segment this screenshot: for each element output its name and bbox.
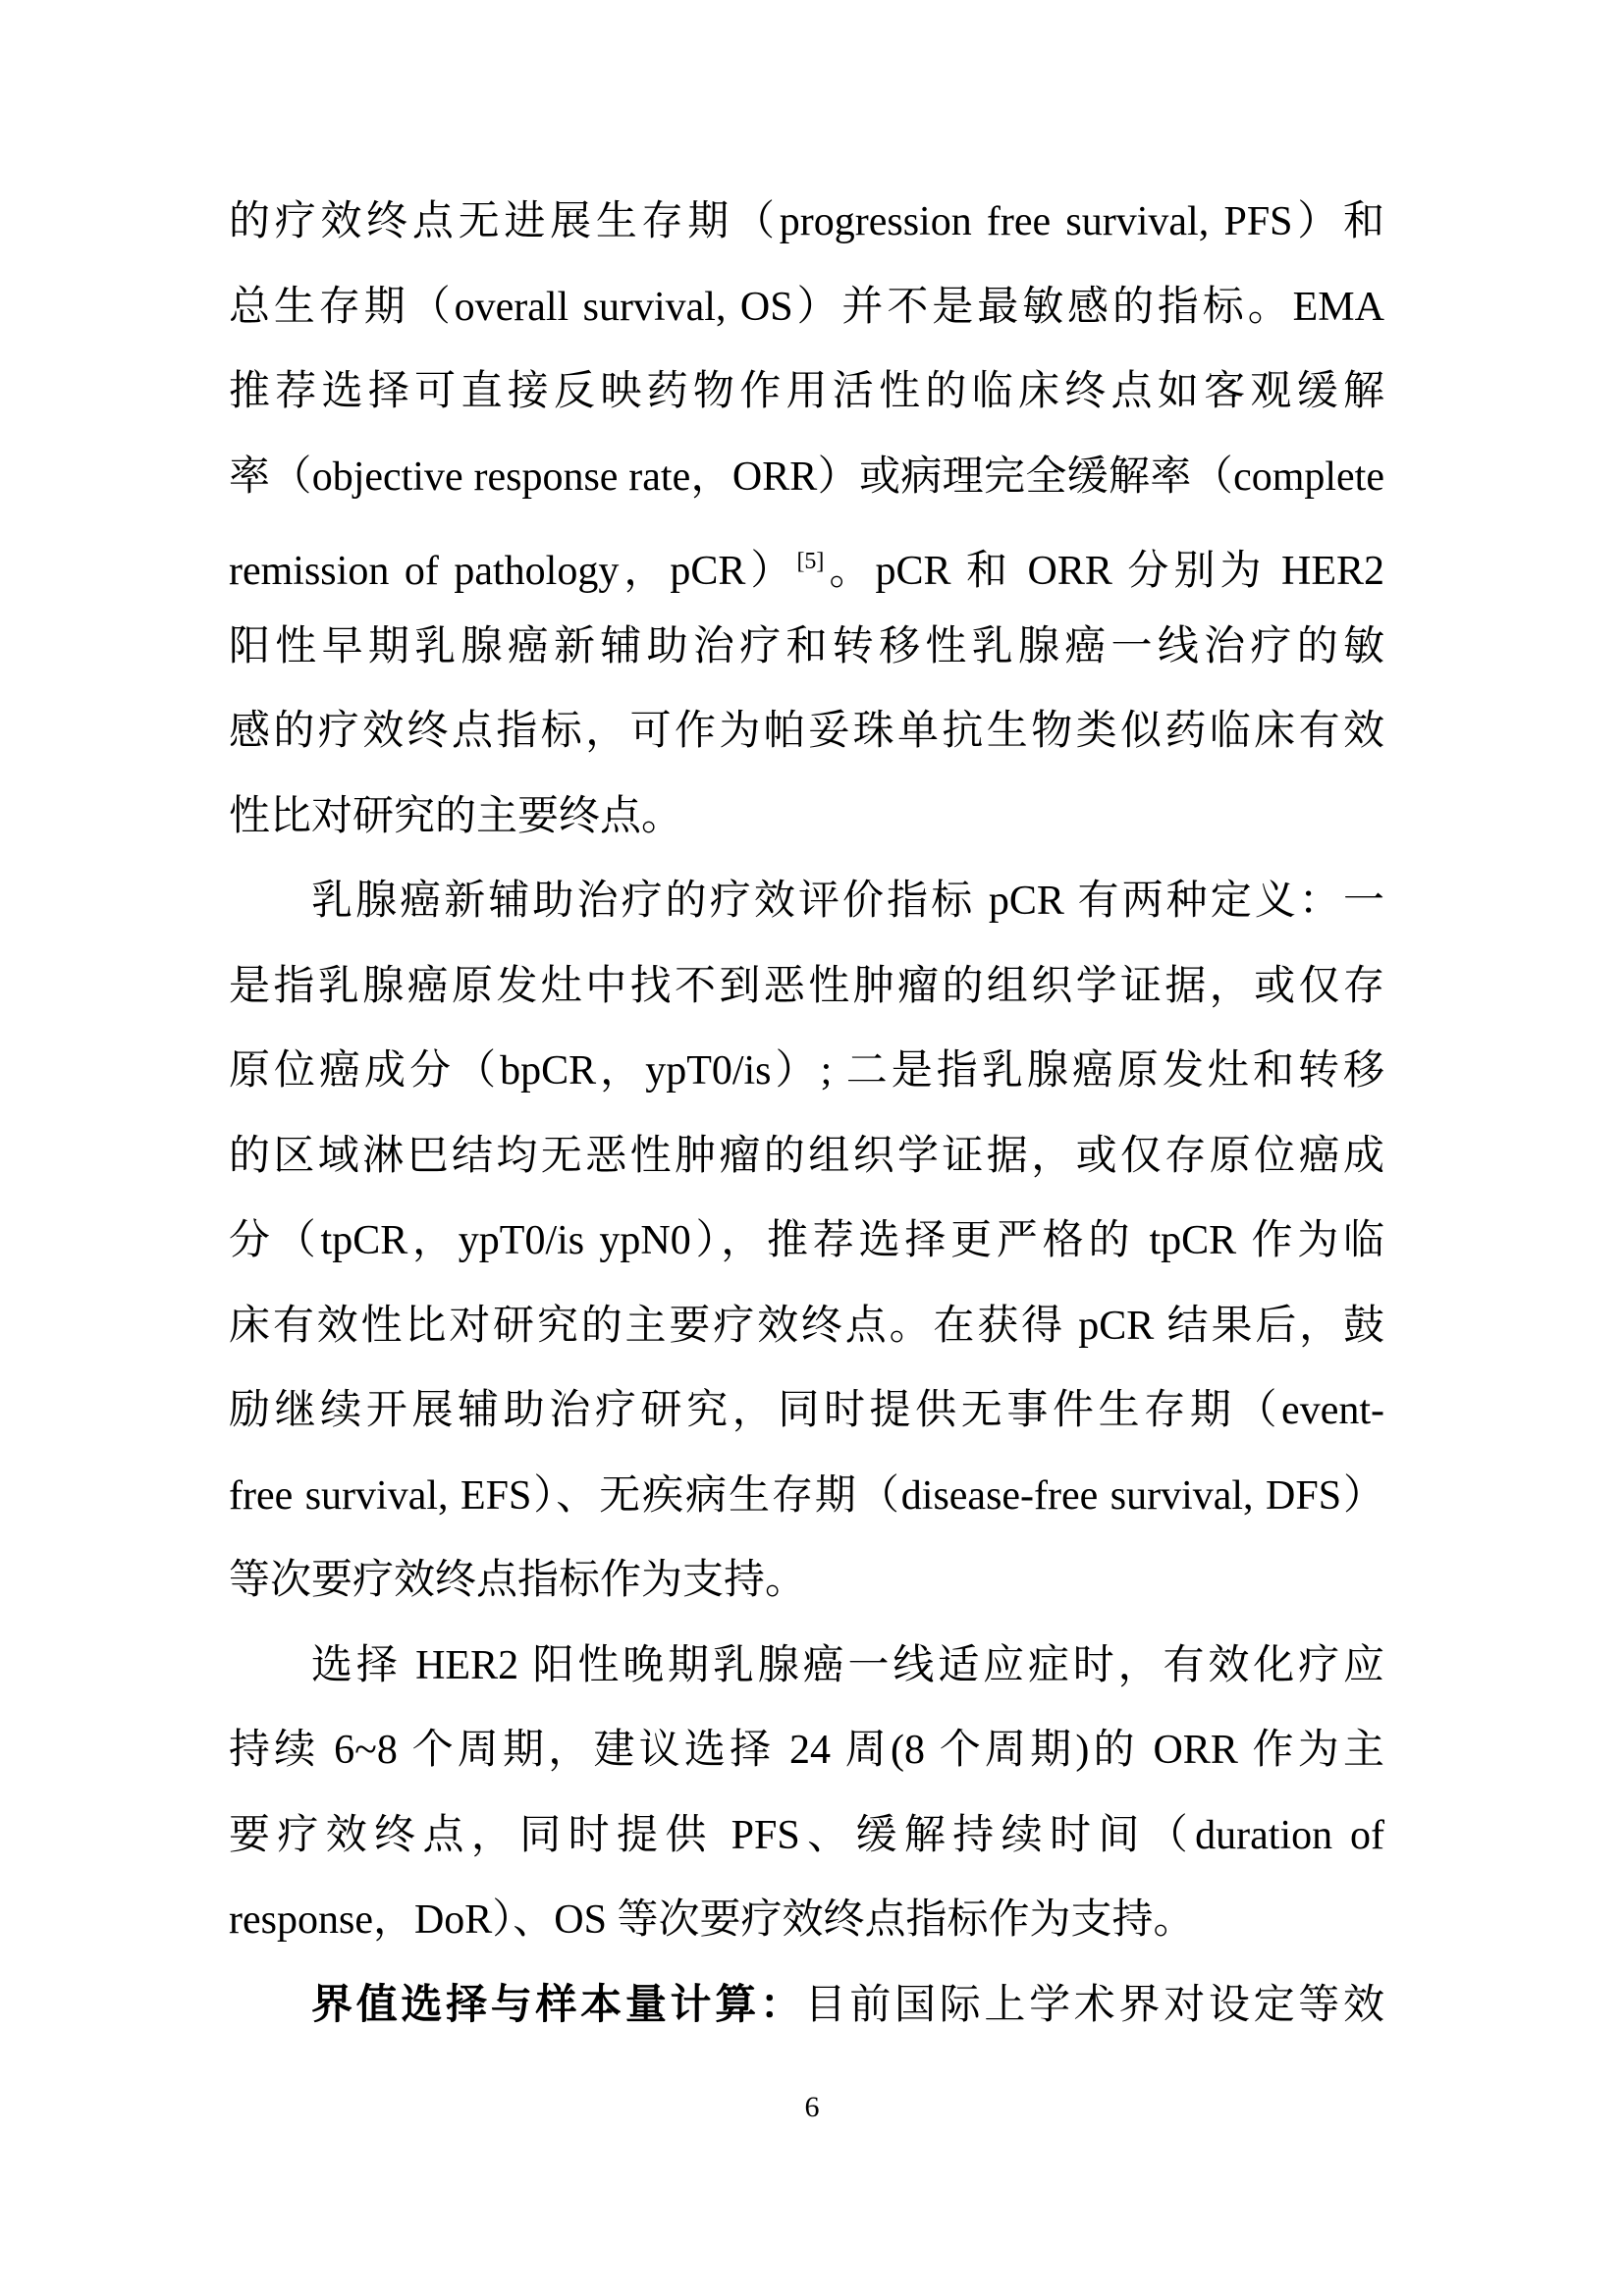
text-segment: 乳腺癌新辅助治疗的疗效评价指标 pCR 有两种定义：一 bbox=[311, 879, 1384, 924]
text-line: 励继续开展辅助治疗研究，同时提供无事件生存期（event- bbox=[229, 1368, 1384, 1454]
text-segment: 分（tpCR，ypT0/is ypN0），推荐选择更严格的 tpCR 作为临 bbox=[229, 1218, 1384, 1263]
text-line: 持续 6~8 个周期，建议选择 24 周(8 个周期)的 ORR 作为主 bbox=[229, 1708, 1384, 1793]
text-segment: 是指乳腺癌原发灶中找不到恶性肿瘤的组织学证据，或仅存 bbox=[229, 964, 1384, 1009]
text-segment: 床有效性比对研究的主要疗效终点。在获得 pCR 结果后，鼓 bbox=[229, 1304, 1384, 1349]
text-segment: 总生存期（overall survival, OS）并不是最敏感的指标。EMA bbox=[229, 285, 1384, 330]
footnote-ref: [5] bbox=[796, 549, 824, 574]
text-line: 等次要疗效终点指标作为支持。 bbox=[229, 1538, 1384, 1624]
text-line: 的疗效终点无进展生存期（progression free survival, P… bbox=[229, 180, 1384, 265]
text-segment: 性比对研究的主要终点。 bbox=[229, 794, 682, 839]
document-body: 的疗效终点无进展生存期（progression free survival, P… bbox=[229, 180, 1384, 2048]
text-line: 率（objective response rate，ORR）或病理完全缓解率（c… bbox=[229, 435, 1384, 520]
text-line: 界值选择与样本量计算：目前国际上学术界对设定等效 bbox=[229, 1963, 1384, 2049]
text-line: 感的疗效终点指标，可作为帕妥珠单抗生物类似药临床有效 bbox=[229, 689, 1384, 774]
text-segment: 。pCR 和 ORR 分别为 HER2 bbox=[824, 549, 1384, 594]
text-segment: remission of pathology，pCR） bbox=[229, 549, 796, 594]
text-segment: 率（objective response rate，ORR）或病理完全缓解率（c… bbox=[229, 454, 1384, 500]
text-segment: 的区域淋巴结均无恶性肿瘤的组织学证据，或仅存原位癌成 bbox=[229, 1134, 1384, 1179]
text-line: remission of pathology，pCR）[5]。pCR 和 ORR… bbox=[229, 519, 1384, 605]
text-segment: 感的疗效终点指标，可作为帕妥珠单抗生物类似药临床有效 bbox=[229, 709, 1384, 754]
text-line: free survival, EFS）、无疾病生存期（disease-free … bbox=[229, 1454, 1384, 1539]
text-line: 推荐选择可直接反映药物作用活性的临床终点如客观缓解 bbox=[229, 349, 1384, 435]
text-segment: 励继续开展辅助治疗研究，同时提供无事件生存期（event- bbox=[229, 1388, 1384, 1433]
text-segment: 持续 6~8 个周期，建议选择 24 周(8 个周期)的 ORR 作为主 bbox=[229, 1728, 1384, 1773]
text-segment: 等次要疗效终点指标作为支持。 bbox=[229, 1558, 806, 1603]
text-segment: free survival, EFS）、无疾病生存期（disease-free … bbox=[229, 1473, 1384, 1519]
text-segment: 选择 HER2 阳性晚期乳腺癌一线适应症时，有效化疗应 bbox=[311, 1643, 1384, 1688]
text-line: 原位癌成分（bpCR，ypT0/is）; 二是指乳腺癌原发灶和转移 bbox=[229, 1029, 1384, 1114]
text-segment: 推荐选择可直接反映药物作用活性的临床终点如客观缓解 bbox=[229, 369, 1384, 414]
text-line: 分（tpCR，ypT0/is ypN0），推荐选择更严格的 tpCR 作为临 bbox=[229, 1199, 1384, 1284]
text-line: 性比对研究的主要终点。 bbox=[229, 774, 1384, 860]
text-line: 的区域淋巴结均无恶性肿瘤的组织学证据，或仅存原位癌成 bbox=[229, 1114, 1384, 1200]
text-segment: 要疗效终点，同时提供 PFS、缓解持续时间（duration of bbox=[229, 1813, 1384, 1858]
run-in-heading: 界值选择与样本量计算： bbox=[311, 1983, 805, 2028]
text-line: 选择 HER2 阳性晚期乳腺癌一线适应症时，有效化疗应 bbox=[229, 1624, 1384, 1709]
text-line: 床有效性比对研究的主要疗效终点。在获得 pCR 结果后，鼓 bbox=[229, 1284, 1384, 1369]
text-line: 要疗效终点，同时提供 PFS、缓解持续时间（duration of bbox=[229, 1793, 1384, 1879]
page-footer: 6 bbox=[0, 2087, 1624, 2128]
text-segment: 阳性早期乳腺癌新辅助治疗和转移性乳腺癌一线治疗的敏 bbox=[229, 624, 1384, 669]
text-line: 阳性早期乳腺癌新辅助治疗和转移性乳腺癌一线治疗的敏 bbox=[229, 605, 1384, 690]
page-number: 6 bbox=[805, 2091, 820, 2123]
document-page: 的疗效终点无进展生存期（progression free survival, P… bbox=[0, 0, 1624, 2296]
text-segment: response，DoR）、OS 等次要疗效终点指标作为支持。 bbox=[229, 1897, 1195, 1943]
text-segment: 的疗效终点无进展生存期（progression free survival, P… bbox=[229, 199, 1384, 244]
text-segment: 目前国际上学术界对设定等效 bbox=[805, 1983, 1384, 2028]
text-line: response，DoR）、OS 等次要疗效终点指标作为支持。 bbox=[229, 1878, 1384, 1963]
text-segment: 原位癌成分（bpCR，ypT0/is）; 二是指乳腺癌原发灶和转移 bbox=[229, 1048, 1384, 1094]
text-line: 是指乳腺癌原发灶中找不到恶性肿瘤的组织学证据，或仅存 bbox=[229, 944, 1384, 1030]
text-line: 总生存期（overall survival, OS）并不是最敏感的指标。EMA bbox=[229, 265, 1384, 350]
text-line: 乳腺癌新辅助治疗的疗效评价指标 pCR 有两种定义：一 bbox=[229, 859, 1384, 944]
